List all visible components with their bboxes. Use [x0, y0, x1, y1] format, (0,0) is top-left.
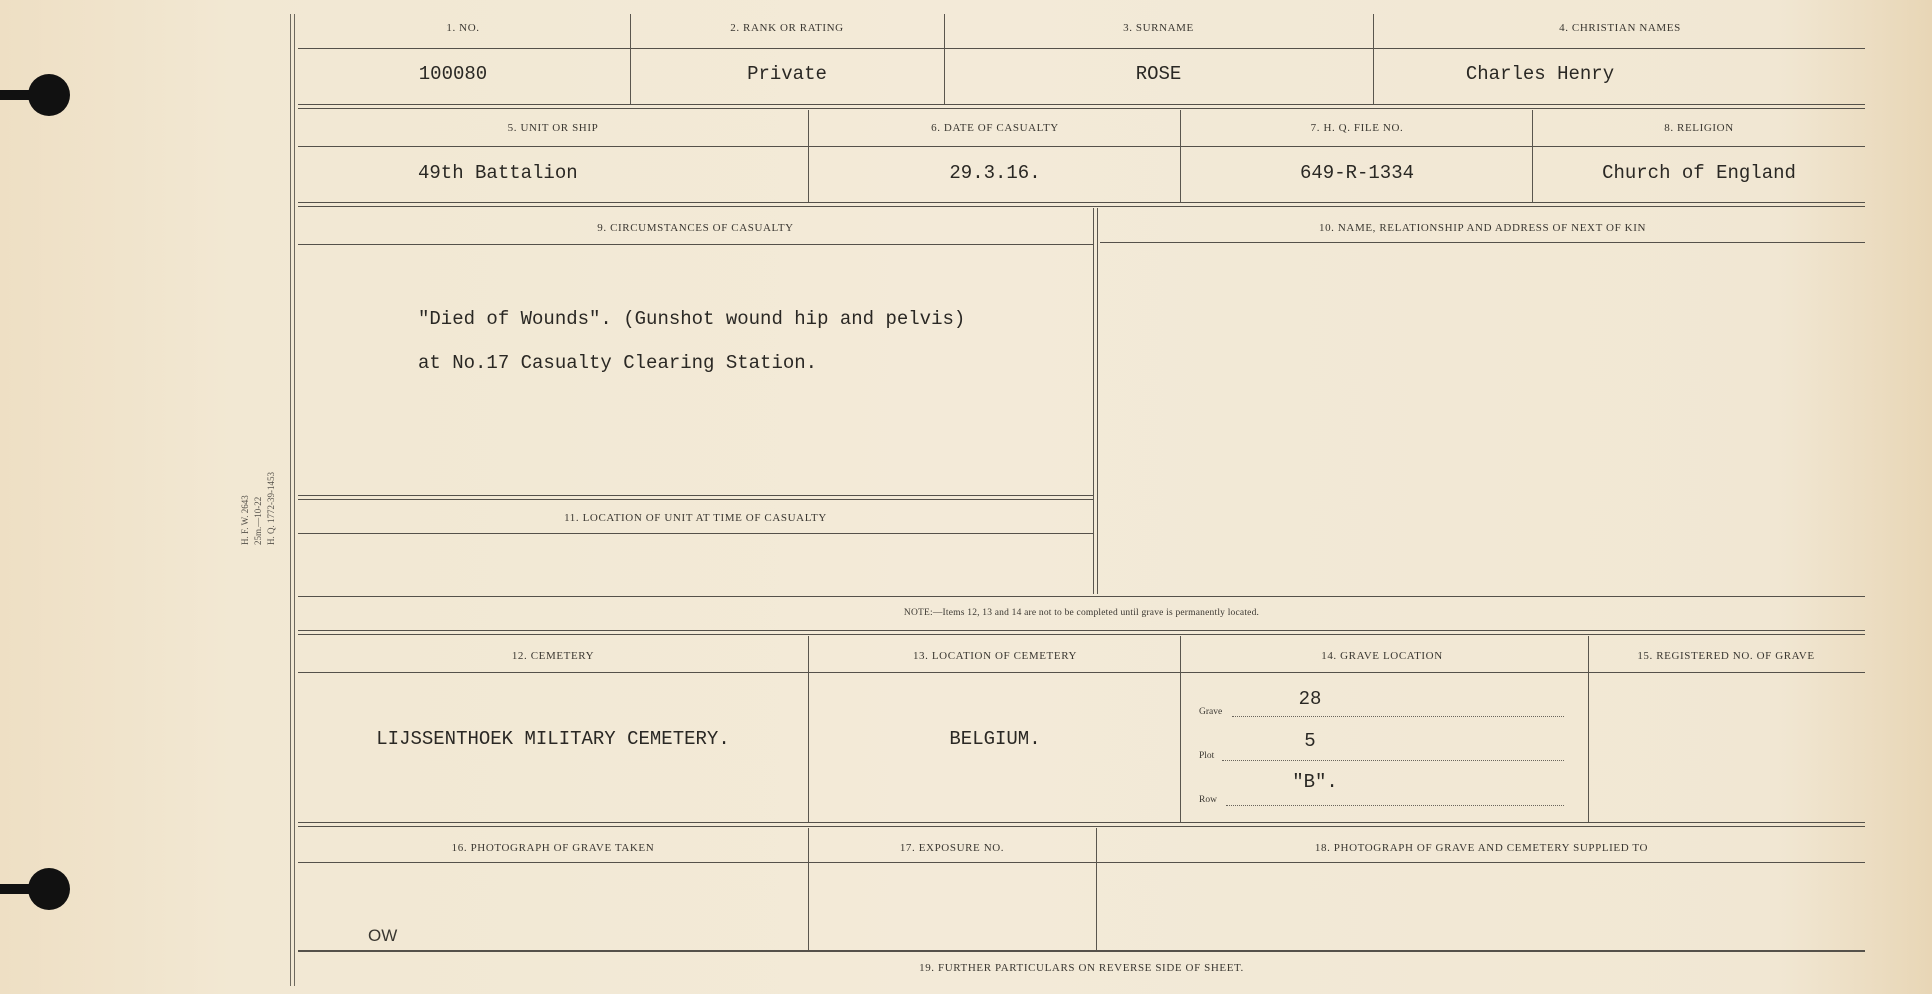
plot-number-value: 5 [1260, 730, 1360, 752]
field-photo-taken-label: 16. PHOTOGRAPH OF GRAVE TAKEN [298, 842, 808, 854]
field-surname-value: ROSE [946, 63, 1371, 85]
field-grave-location-label: 14. GRAVE LOCATION [1182, 650, 1582, 662]
side-print-2: 25m.—10-22 [253, 497, 264, 545]
field-exposure-label: 17. EXPOSURE NO. [810, 842, 1094, 854]
field-date-value: 29.3.16. [810, 162, 1180, 184]
field-photo-supplied-label: 18. PHOTOGRAPH OF GRAVE AND CEMETERY SUP… [1098, 842, 1865, 854]
field-cemetery-label: 12. CEMETERY [298, 650, 808, 662]
field-christian-names-label: 4. CHRISTIAN NAMES [1375, 22, 1865, 34]
field-file-no-value: 649-R-1334 [1182, 162, 1532, 184]
field-surname-label: 3. SURNAME [946, 22, 1371, 34]
plot-label: Plot [1199, 751, 1214, 761]
margin-line [290, 14, 291, 986]
field-religion-value: Church of England [1534, 162, 1864, 184]
side-print-1: H. F. W. 2643 [240, 495, 251, 545]
field-circumstances-line-1: "Died of Wounds". (Gunshot wound hip and… [418, 308, 965, 330]
field-unit-label: 5. UNIT OR SHIP [298, 122, 808, 134]
note-text: NOTE:—Items 12, 13 and 14 are not to be … [298, 608, 1865, 618]
field-cemetery-value: LIJSSENTHOEK MILITARY CEMETERY. [298, 728, 808, 750]
field-christian-names-value: Charles Henry [1375, 63, 1705, 85]
field-file-no-label: 7. H. Q. FILE NO. [1182, 122, 1532, 134]
field-cemetery-location-value: BELGIUM. [810, 728, 1180, 750]
field-next-of-kin-label: 10. NAME, RELATIONSHIP AND ADDRESS OF NE… [1100, 222, 1865, 234]
grave-number-value: 28 [1260, 688, 1360, 710]
row-value: "B". [1260, 771, 1370, 793]
field-registered-no-label: 15. REGISTERED NO. OF GRAVE [1586, 650, 1866, 662]
field-unit-value: 49th Battalion [418, 162, 578, 184]
field-rank-label: 2. RANK OR RATING [632, 22, 942, 34]
field-cemetery-location-label: 13. LOCATION OF CEMETERY [810, 650, 1180, 662]
field-photo-taken-value: OW [368, 926, 397, 946]
field-rank-value: Private [632, 63, 942, 85]
field-circumstances-label: 9. CIRCUMSTANCES OF CASUALTY [298, 222, 1093, 234]
side-print-3: H. Q. 1772-39-1453 [266, 472, 277, 545]
field-circumstances-line-2: at No.17 Casualty Clearing Station. [418, 352, 817, 374]
field-religion-label: 8. RELIGION [1534, 122, 1864, 134]
field-no-value: 100080 [298, 63, 608, 85]
row-label: Row [1199, 795, 1217, 805]
grave-label: Grave [1199, 707, 1222, 717]
margin-line [294, 14, 295, 986]
field-no-label: 1. NO. [298, 22, 628, 34]
field-date-label: 6. DATE OF CASUALTY [810, 122, 1180, 134]
field-unit-location-label: 11. LOCATION OF UNIT AT TIME OF CASUALTY [298, 512, 1093, 524]
further-particulars-note: 19. FURTHER PARTICULARS ON REVERSE SIDE … [298, 962, 1865, 974]
